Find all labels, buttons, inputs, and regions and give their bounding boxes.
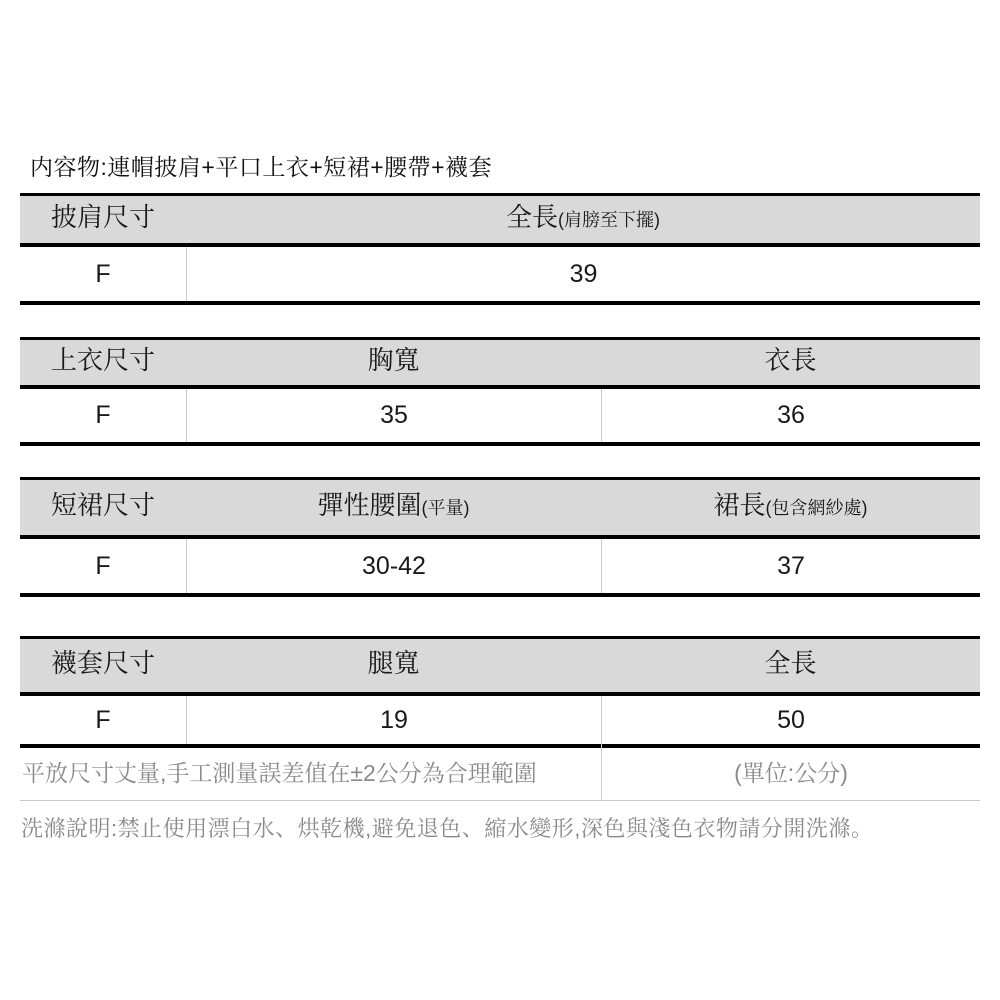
- header-cell-leg-width: 腿寬: [186, 639, 601, 692]
- table-header-row: 披肩尺寸 全長(肩膀至下擺): [20, 193, 980, 247]
- header-cell-total-length: 全長: [601, 639, 980, 692]
- size-value-cell: 39: [186, 247, 980, 301]
- size-label-cell: F: [20, 696, 186, 744]
- size-label-cell: F: [20, 539, 186, 593]
- size-value-cell: 30-42: [186, 539, 601, 593]
- contents-note: 内容物:連帽披肩+平口上衣+短裙+腰帶+襪套: [30, 149, 492, 182]
- size-value-cell: 37: [601, 539, 980, 593]
- header-cell-item: 襪套尺寸: [20, 639, 186, 692]
- table-data-row: F 35 36: [20, 389, 980, 446]
- table-data-row: F 39: [20, 247, 980, 305]
- table-header-row: 上衣尺寸 胸寬 衣長: [20, 337, 980, 389]
- measurement-notes-row: 平放尺寸丈量,手工測量誤差值在±2公分為合理範圍 (單位:公分): [20, 743, 980, 801]
- size-value-cell: 36: [601, 389, 980, 442]
- size-table-skirt: 短裙尺寸 彈性腰圍(平量) 裙長(包含網紗處) F 30-42 37: [20, 477, 980, 597]
- size-chart-page: 内容物:連帽披肩+平口上衣+短裙+腰帶+襪套 披肩尺寸 全長(肩膀至下擺) F …: [0, 0, 1000, 1000]
- table-header-row: 襪套尺寸 腿寬 全長: [20, 636, 980, 696]
- unit-note: (單位:公分): [601, 743, 980, 800]
- header-cell-waist: 彈性腰圍(平量): [186, 480, 601, 535]
- header-cell-chest-width: 胸寬: [186, 340, 601, 385]
- size-label-cell: F: [20, 389, 186, 442]
- measurement-tolerance-note: 平放尺寸丈量,手工測量誤差值在±2公分為合理範圍: [20, 743, 601, 800]
- wash-instructions: 洗滌說明:禁止使用漂白水、烘乾機,避免退色、縮水變形,深色與淺色衣物請分開洗滌。: [21, 812, 1000, 843]
- header-cell-item: 短裙尺寸: [20, 480, 186, 535]
- size-value-cell: 19: [186, 696, 601, 744]
- header-cell-item: 上衣尺寸: [20, 340, 186, 385]
- header-cell-skirt-length: 裙長(包含網紗處): [601, 480, 980, 535]
- size-label-cell: F: [20, 247, 186, 301]
- size-table-cape: 披肩尺寸 全長(肩膀至下擺) F 39: [20, 193, 980, 305]
- table-header-row: 短裙尺寸 彈性腰圍(平量) 裙長(包含網紗處): [20, 477, 980, 539]
- header-cell-garment-length: 衣長: [601, 340, 980, 385]
- size-value-cell: 35: [186, 389, 601, 442]
- table-data-row: F 30-42 37: [20, 539, 980, 597]
- header-cell-total-length: 全長(肩膀至下擺): [186, 196, 980, 243]
- size-table-top: 上衣尺寸 胸寬 衣長 F 35 36: [20, 337, 980, 446]
- size-value-cell: 50: [601, 696, 980, 744]
- size-table-legwarmers: 襪套尺寸 腿寬 全長 F 19 50: [20, 636, 980, 748]
- header-cell-item: 披肩尺寸: [20, 196, 186, 243]
- table-data-row: F 19 50: [20, 696, 980, 748]
